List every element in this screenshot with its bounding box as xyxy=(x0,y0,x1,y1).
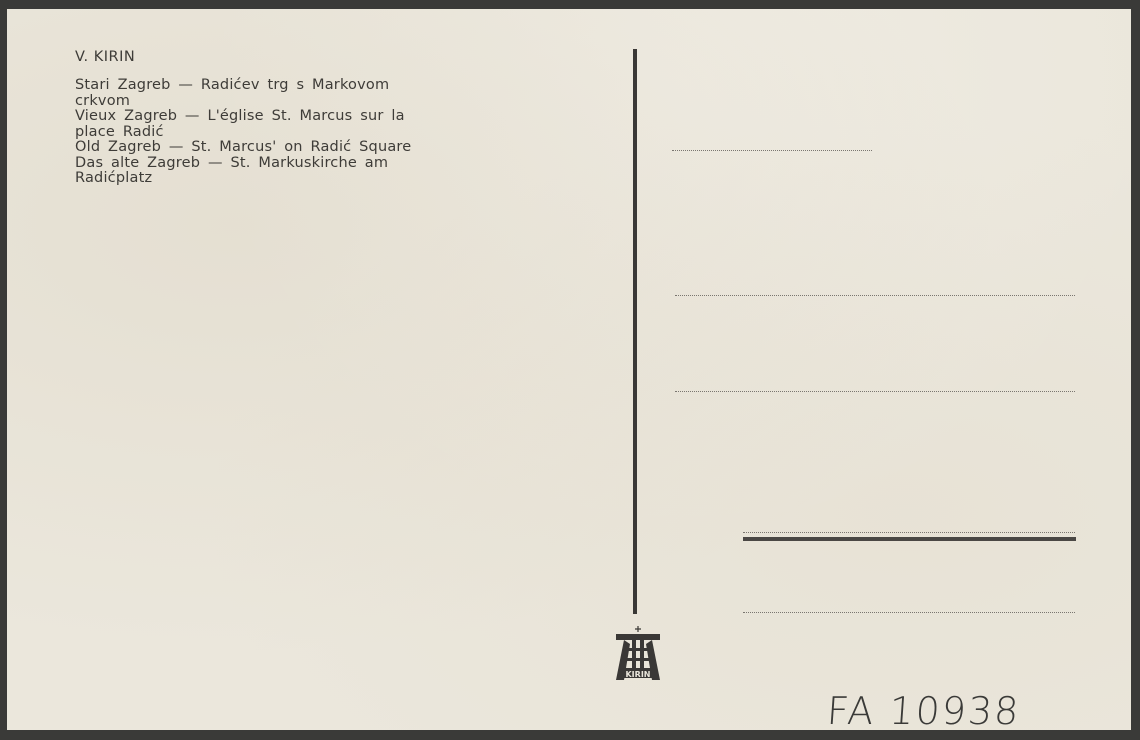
caption-line: Radićplatz xyxy=(75,171,495,187)
center-divider-line xyxy=(633,49,637,614)
svg-text:KIRIN: KIRIN xyxy=(625,670,650,679)
address-line-3 xyxy=(675,391,1075,392)
caption-line: Old Zagreb — St. Marcus' on Radić Square xyxy=(75,140,495,156)
caption-line: Das alte Zagreb — St. Markuskirche am xyxy=(75,156,495,172)
caption-line: Stari Zagreb — Radićev trg s Markovom xyxy=(75,78,495,94)
address-line-solid xyxy=(743,537,1076,541)
address-line-1 xyxy=(672,150,872,151)
caption-line: place Radić xyxy=(75,125,495,141)
caption-block: V. KIRIN Stari Zagreb — Radićev trg s Ma… xyxy=(75,49,495,187)
address-line-5 xyxy=(743,612,1075,613)
inventory-number: FA 10938 xyxy=(825,689,1021,733)
address-line-2 xyxy=(675,295,1075,296)
publisher-logo-icon: KIRIN xyxy=(612,624,664,684)
caption-line: Vieux Zagreb — L'église St. Marcus sur l… xyxy=(75,109,495,125)
caption-text: Stari Zagreb — Radićev trg s Markovom cr… xyxy=(75,78,495,187)
caption-line: crkvom xyxy=(75,94,495,110)
artist-name: V. KIRIN xyxy=(75,49,495,65)
address-line-4-upper xyxy=(743,532,1075,533)
postcard-back: V. KIRIN Stari Zagreb — Radićev trg s Ma… xyxy=(7,9,1131,730)
